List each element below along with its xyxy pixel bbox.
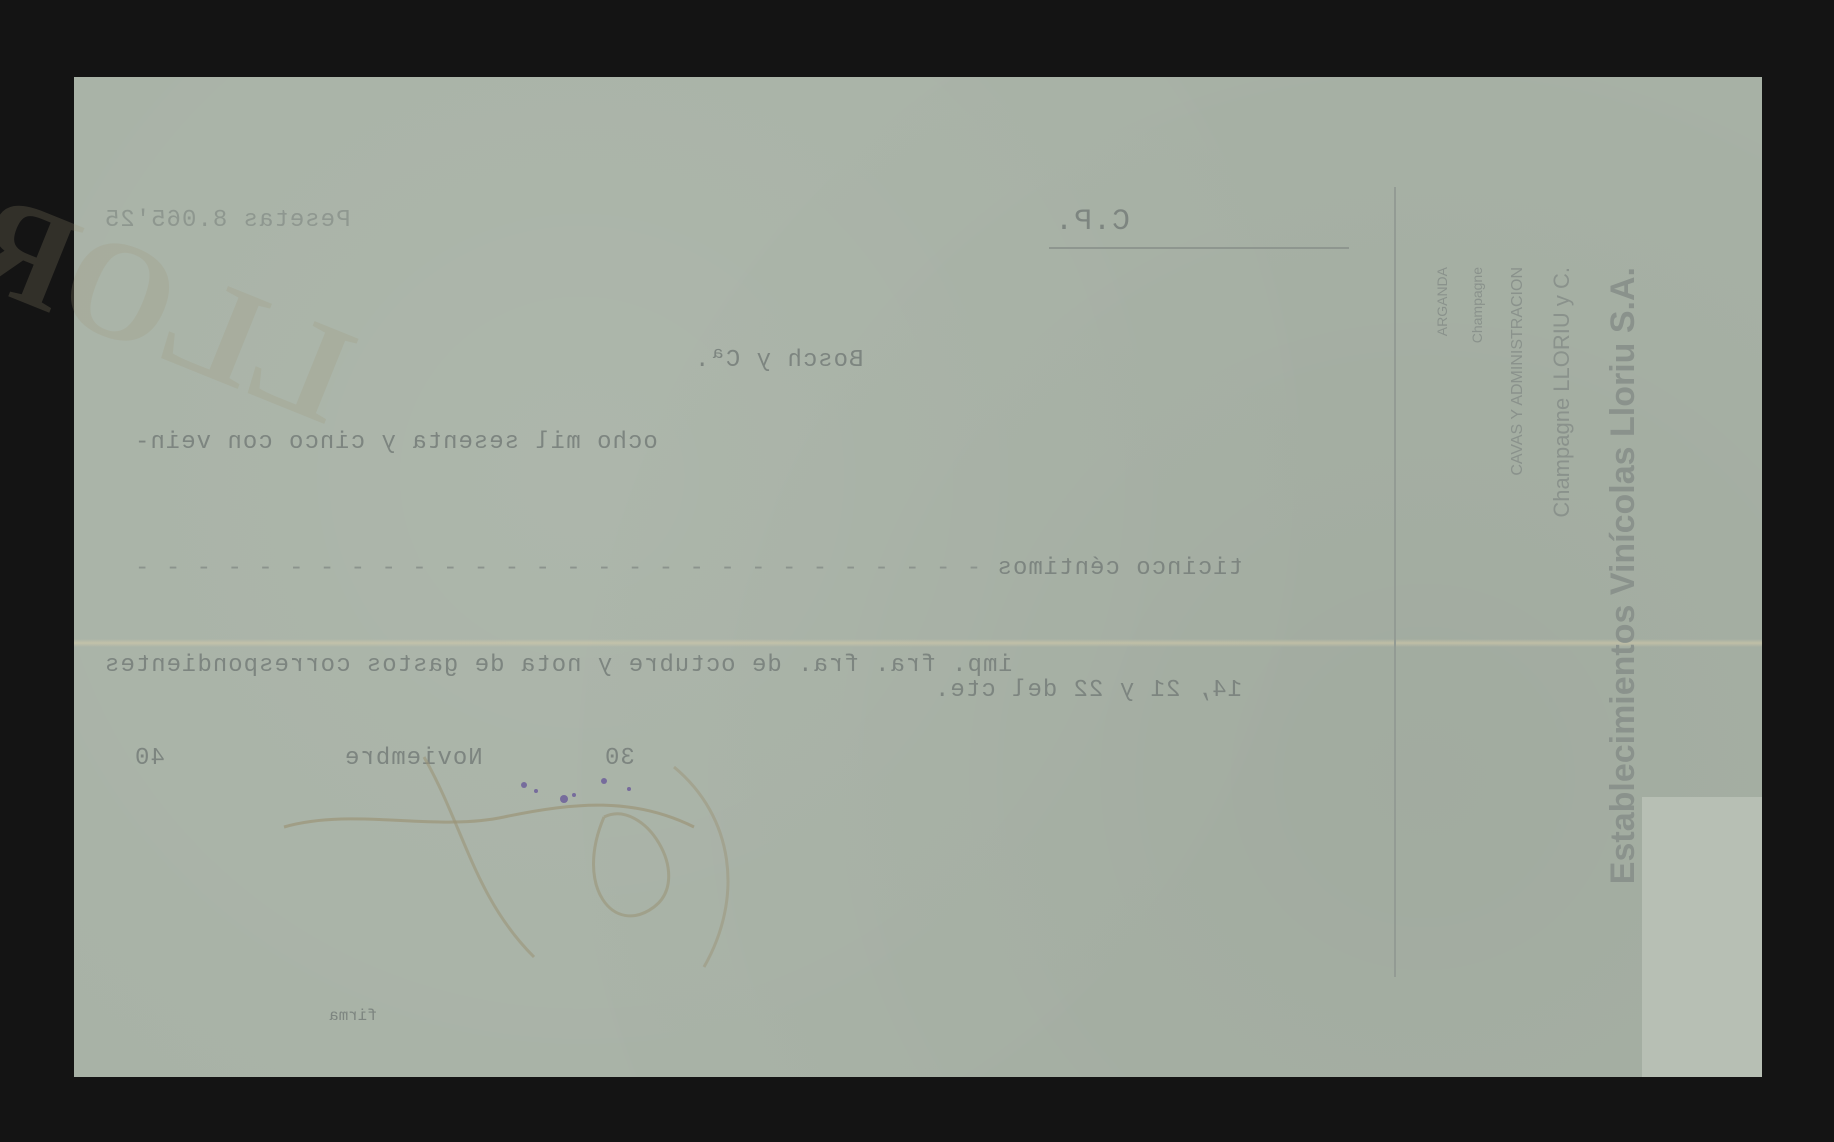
header-line4: Champagne bbox=[1469, 267, 1485, 343]
concept-line2: 14, 21 y 22 del cte. bbox=[934, 677, 1242, 704]
date-year: 40 bbox=[134, 745, 165, 772]
header-company: Establecimientos Vinícolas Lloriu S.A. bbox=[1604, 267, 1643, 884]
number-mark: C.P. bbox=[1054, 205, 1130, 239]
receipt-stub bbox=[1642, 797, 1762, 1077]
amount-words-text: ticinco céntimos bbox=[997, 555, 1243, 582]
number-underline bbox=[1049, 247, 1349, 249]
signature-caption: firma bbox=[329, 1007, 377, 1025]
header-line3: CAVAS Y ADMINISTRACION bbox=[1509, 267, 1527, 476]
amount-words-line1: ocho mil sesenta y cinco con vein- bbox=[134, 429, 658, 456]
concept-line1: imp. fra. fra. de octubre y nota de gast… bbox=[104, 652, 1013, 679]
payee-name: Bosch y Cª. bbox=[694, 347, 863, 374]
handwritten-signature bbox=[274, 737, 794, 997]
header-line2: Champagne LLORIU y C. bbox=[1549, 267, 1575, 518]
header-line5: ARGANDA bbox=[1434, 267, 1450, 336]
amount-words-line2: ticinco céntimos - - - - - - - - - - - -… bbox=[134, 555, 1274, 582]
pesetas-line: Pesetas 8.065'25 bbox=[104, 207, 350, 234]
receipt-paper: LLORIU S.A. Pesetas 8.065'25 C.P. Bosch … bbox=[74, 77, 1762, 1077]
